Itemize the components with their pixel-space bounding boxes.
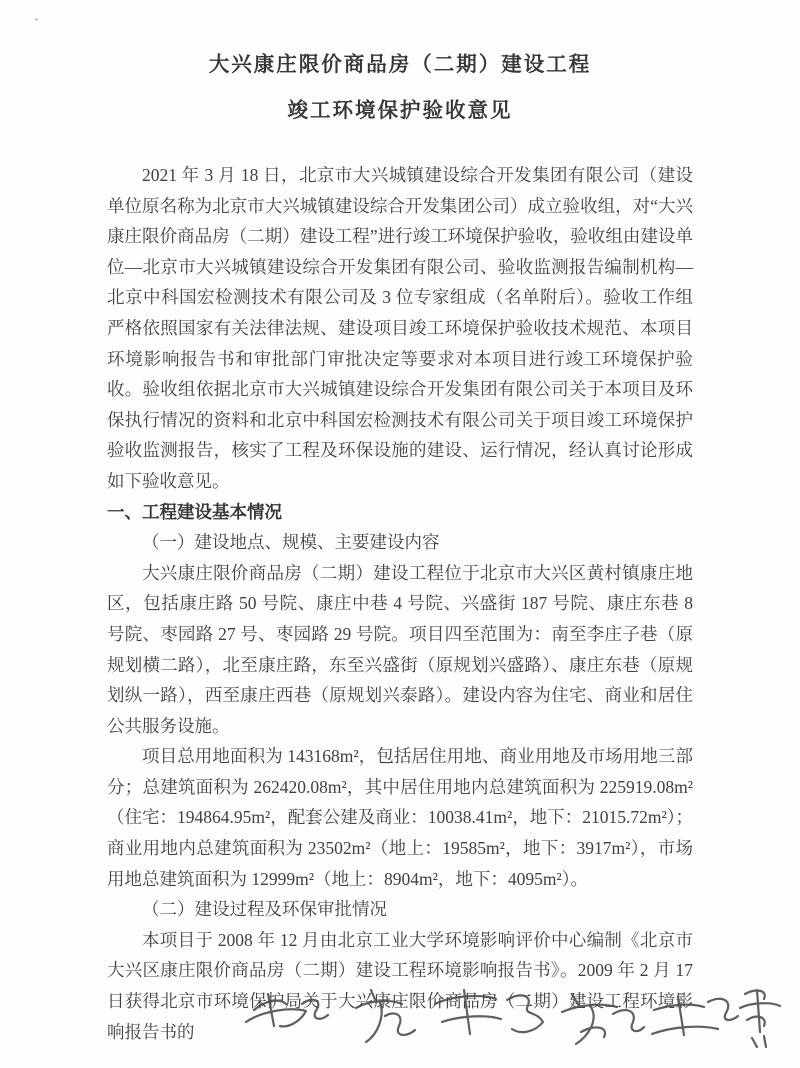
document-title-line2: 竣工环境保护验收意见 — [107, 88, 693, 134]
subsection-heading-1-2: （二）建设过程及环保审批情况 — [107, 894, 693, 925]
subsection-heading-1-1: （一）建设地点、规模、主要建设内容 — [107, 527, 693, 558]
paragraph-location-scope: 大兴康庄限价商品房（二期）建设工程位于北京市大兴区黄村镇康庄地区，包括康庄路 5… — [107, 558, 693, 742]
signature-6 — [740, 990, 780, 1047]
signature-1 — [246, 994, 328, 1026]
signature-3 — [435, 990, 543, 1034]
signature-2 — [356, 990, 415, 1042]
paragraph-intro: 2021 年 3 月 18 日，北京市大兴城镇建设综合开发集团有限公司（建设单位… — [107, 160, 693, 497]
signature-5 — [652, 997, 738, 1035]
section-heading-1: 一、工程建设基本情况 — [107, 497, 693, 528]
scanned-document-page: 大兴康庄限价商品房（二期）建设工程 竣工环境保护验收意见 2021 年 3 月 … — [0, 0, 800, 1068]
handwritten-signatures — [240, 980, 785, 1058]
document-title-line1: 大兴康庄限价商品房（二期）建设工程 — [107, 42, 693, 88]
document-content: 2021 年 3 月 18 日，北京市大兴城镇建设综合开发集团有限公司（建设单位… — [107, 160, 693, 1047]
document-body: 大兴康庄限价商品房（二期）建设工程 竣工环境保护验收意见 2021 年 3 月 … — [107, 42, 693, 1047]
document-title: 大兴康庄限价商品房（二期）建设工程 竣工环境保护验收意见 — [107, 42, 693, 134]
paragraph-floor-areas: 项目总用地面积为 143168m²，包括居住用地、商业用地及市场用地三部分；总建… — [107, 741, 693, 894]
signature-4 — [562, 994, 644, 1044]
scan-artifact-dot — [35, 18, 38, 21]
